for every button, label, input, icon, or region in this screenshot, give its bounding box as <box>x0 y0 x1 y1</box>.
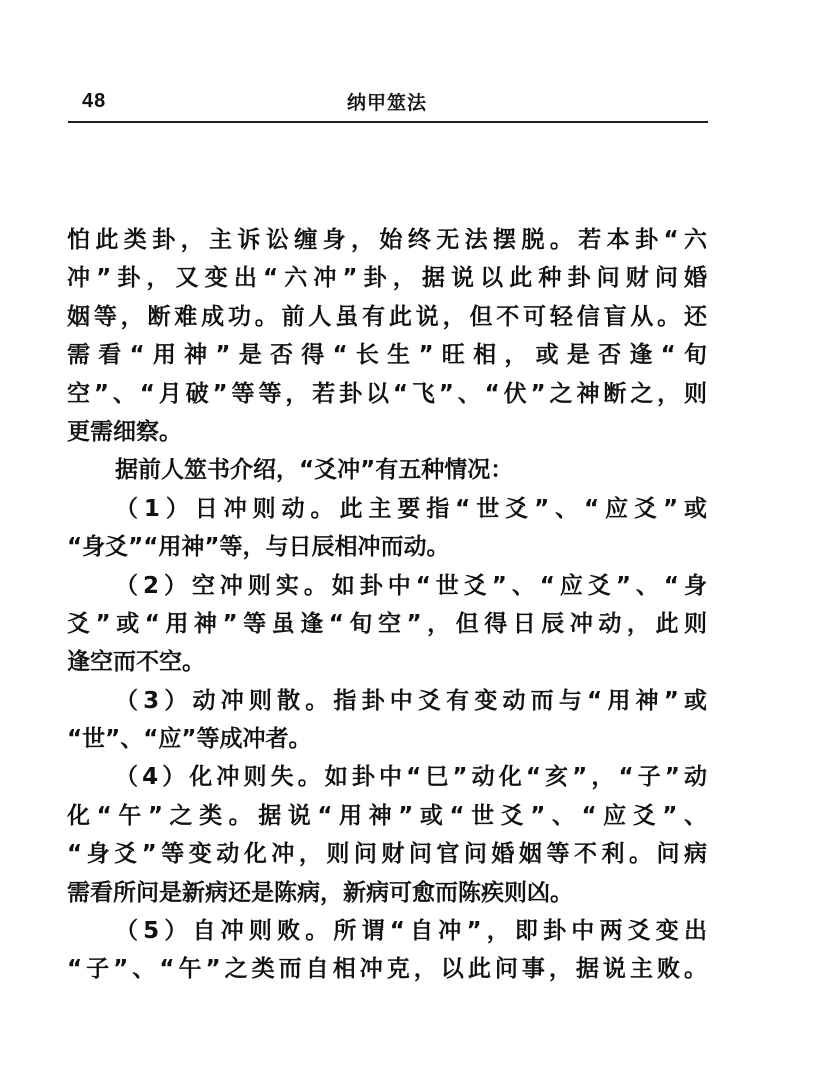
body-text: 怕此类卦，主诉讼缠身，始终无法摆脱。若本卦“六 冲”卦，又变出“六冲”卦，据说以… <box>67 221 707 989</box>
text-line: “身爻”“用神”等，与日辰相冲而动。 <box>67 528 707 566</box>
header-rule <box>68 121 708 123</box>
text-line: 需看所问是新病还是陈病，新病可愈而陈疾则凶。 <box>67 874 707 912</box>
running-title: 纳甲筮法 <box>68 88 706 115</box>
text-line: 空”、“月破”等等，若卦以“飞”、“伏”之神断之，则 <box>67 375 707 413</box>
list-item-2: （2）空冲则实。如卦中“世爻”、“应爻”、“身 <box>67 567 707 605</box>
text-line: 爻”或“用神”等虽逢“旬空”，但得日辰冲动，此则 <box>67 605 707 643</box>
text-line: 更需细察。 <box>67 413 707 451</box>
paragraph-intro: 据前人筮书介绍，“爻冲”有五种情况： <box>67 451 707 489</box>
text-line: 逢空而不空。 <box>67 643 707 681</box>
text-line: 怕此类卦，主诉讼缠身，始终无法摆脱。若本卦“六 <box>67 221 707 259</box>
page-header: 48 纳甲筮法 <box>68 88 706 118</box>
text-line: 化“午”之类。据说“用神”或“世爻”、“应爻”、 <box>67 797 707 835</box>
list-item-5: （5）自冲则败。所谓“自冲”，即卦中两爻变出 <box>67 912 707 950</box>
text-line: “世”、“应”等成冲者。 <box>67 720 707 758</box>
text-line: “子”、“午”之类而自相冲克，以此问事，据说主败。 <box>67 950 707 988</box>
text-line: 需看“用神”是否得“长生”旺相，或是否逢“旬 <box>67 336 707 374</box>
text-line: 姻等，断难成功。前人虽有此说，但不可轻信盲从。还 <box>67 298 707 336</box>
list-item-1: （1）日冲则动。此主要指“世爻”、“应爻”或 <box>67 490 707 528</box>
text-line: “身爻”等变动化冲，则问财问官问婚姻等不利。问病 <box>67 835 707 873</box>
text-line: 冲”卦，又变出“六冲”卦，据说以此种卦问财问婚 <box>67 259 707 297</box>
list-item-4: （4）化冲则失。如卦中“巳”动化“亥”，“子”动 <box>67 758 707 796</box>
list-item-3: （3）动冲则散。指卦中爻有变动而与“用神”或 <box>67 682 707 720</box>
